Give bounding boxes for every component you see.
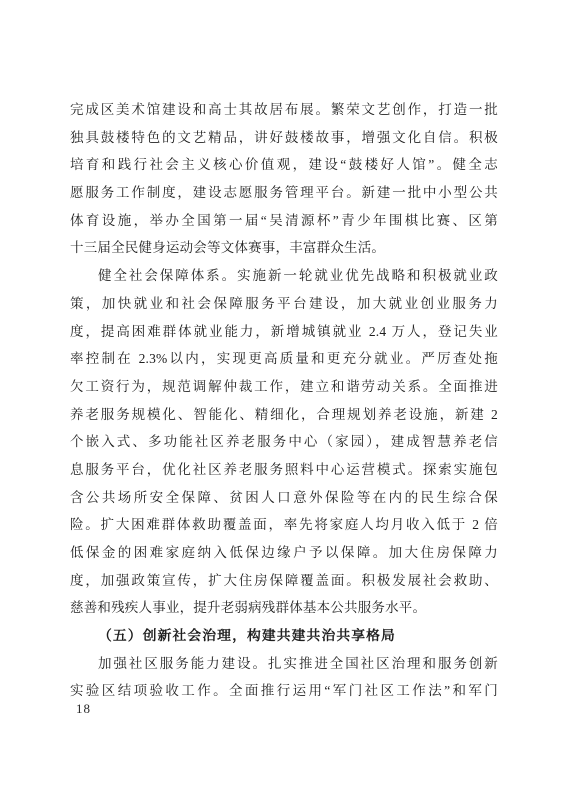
body-text-line: 率控制在 2.3%以内，实现更高质量和更充分就业。严厉查处拖 (70, 345, 498, 373)
body-text-line: 培育和践行社会主义核心价值观，建设“鼓楼好人馆”。健全志 (70, 151, 498, 179)
body-text-line: 息服务平台，优化社区养老服务照料中心运营模式。探索实施包 (70, 456, 498, 484)
body-text-line: 含公共场所安全保障、贫困人口意外保险等在内的民生综合保 (70, 484, 498, 512)
body-text-line: 加强社区服务能力建设。扎实推进全国社区治理和服务创新 (70, 650, 498, 678)
body-text-line: 险。扩大困难群体救助覆盖面，率先将家庭人均月收入低于 2 倍 (70, 511, 498, 539)
body-text-line: 度，加强政策宣传，扩大住房保障覆盖面。积极发展社会救助、 (70, 567, 498, 595)
page-number: 18 (76, 701, 91, 717)
document-page: 完成区美术馆建设和高士其故居布展。繁荣文艺创作，打造一批独具鼓楼特色的文艺精品，… (0, 0, 565, 800)
body-text-line: 完成区美术馆建设和高士其故居布展。繁荣文艺创作，打造一批 (70, 96, 498, 124)
body-text-line: 度，提高困难群体就业能力，新增城镇就业 2.4 万人，登记失业 (70, 318, 498, 346)
body-text-line: 实验区结项验收工作。全面推行运用“军门社区工作法”和军门 (70, 677, 498, 705)
body-text-line: 独具鼓楼特色的文艺精品，讲好鼓楼故事，增强文化自信。积极 (70, 124, 498, 152)
body-text-line: 策，加快就业和社会保障服务平台建设，加大就业创业服务力 (70, 290, 498, 318)
body-text-line: 个嵌入式、多功能社区养老服务中心（家园），建成智慧养老信 (70, 428, 498, 456)
body-text-line: 养老服务规模化、智能化、精细化，合理规划养老设施，新建 2 (70, 401, 498, 429)
body-text-line: 健全社会保障体系。实施新一轮就业优先战略和积极就业政 (70, 262, 498, 290)
body-text-line: 十三届全民健身运动会等文体赛事，丰富群众生活。 (70, 234, 498, 262)
body-text-line: 慈善和残疾人事业，提升老弱病残群体基本公共服务水平。 (70, 594, 498, 622)
text-lines: 完成区美术馆建设和高士其故居布展。繁荣文艺创作，打造一批独具鼓楼特色的文艺精品，… (70, 96, 498, 705)
body-text-line: 低保金的困难家庭纳入低保边缘户予以保障。加大住房保障力 (70, 539, 498, 567)
body-text-line: 体育设施，举办全国第一届“吴清源杯”青少年围棋比赛、区第 (70, 207, 498, 235)
section-heading-line: （五）创新社会治理，构建共建共治共享格局 (70, 622, 498, 650)
body-text-line: 欠工资行为，规范调解仲裁工作，建立和谐劳动关系。全面推进 (70, 373, 498, 401)
body-text-line: 愿服务工作制度，建设志愿服务管理平台。新建一批中小型公共 (70, 179, 498, 207)
